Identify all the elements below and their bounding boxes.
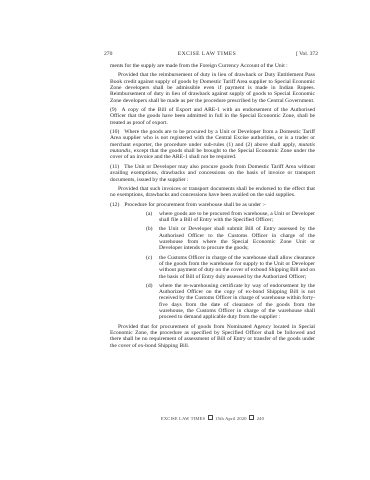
clause-12-item-b: (b) the Unit or Developer shall submit B… [146, 226, 315, 251]
clause-11-text: The Unit or Developer may also procure g… [110, 164, 315, 183]
clause-12-text: Procedure for procurement from warehouse… [124, 202, 266, 208]
footer-date: 15th April 2020 [215, 416, 247, 421]
page-footer: EXCISE LAW TIMES15th April 2020240 [110, 415, 315, 421]
clause-12-number: (12) [110, 202, 119, 208]
clause-9-text: A copy of the Bill of Export and ARE-1 w… [110, 107, 315, 126]
continued-paragraph: ments for the supply are made from the F… [110, 63, 315, 69]
square-icon [208, 415, 213, 420]
square-icon [249, 415, 254, 420]
header-journal-title: EXCISE LAW TIMES [138, 51, 276, 57]
item-d-label: (d) [146, 283, 159, 321]
clause-11-number: (11) [110, 164, 119, 170]
clause-10-text-before: Where the goods are to be procured by a … [110, 129, 315, 148]
item-b-text: the Unit or Developer shall submit Bill … [159, 226, 315, 251]
item-c-text: the Customs Officer in charge of the war… [159, 255, 315, 280]
clause-10: (10)Where the goods are to be procured b… [110, 129, 315, 161]
clause-11: (11)The Unit or Developer may also procu… [110, 164, 315, 183]
item-c-label: (c) [146, 255, 159, 280]
clause-12: (12)Procedure for procurement from wareh… [110, 202, 315, 208]
footer-page: 240 [257, 416, 264, 421]
running-header: 270 EXCISE LAW TIMES [ Vol. 372 [104, 51, 318, 57]
header-volume: [ Vol. 372 [276, 51, 318, 57]
clause-12-item-d: (d) where the re-warehousing certificate… [146, 283, 315, 321]
clause-10-text-after: except that the goods shall be brought t… [110, 148, 315, 160]
clause-10-number: (10) [110, 129, 119, 135]
footer-journal: EXCISE LAW TIMES [161, 416, 205, 421]
document-body: ments for the supply are made from the F… [110, 63, 315, 352]
item-b-label: (b) [146, 226, 159, 251]
item-a-text: where goods are to be procured from ware… [159, 211, 315, 224]
item-a-label: (a) [146, 211, 159, 224]
scanned-document-page: 270 EXCISE LAW TIMES [ Vol. 372 ments fo… [0, 0, 370, 480]
proviso-paragraph-2: Provided that such invoices or transport… [110, 186, 315, 199]
proviso-paragraph-1: Provided that the reimbursement of duty … [110, 72, 315, 104]
proviso-paragraph-3: Provided that for procurement of goods f… [110, 324, 315, 349]
clause-12-item-c: (c) the Customs Officer in charge of the… [146, 255, 315, 280]
header-page-number: 270 [104, 51, 138, 57]
clause-12-item-a: (a) where goods are to be procured from … [146, 211, 315, 224]
item-d-text: where the re-warehousing certificate by … [159, 283, 315, 321]
clause-9: (9)A copy of the Bill of Export and ARE-… [110, 107, 315, 126]
